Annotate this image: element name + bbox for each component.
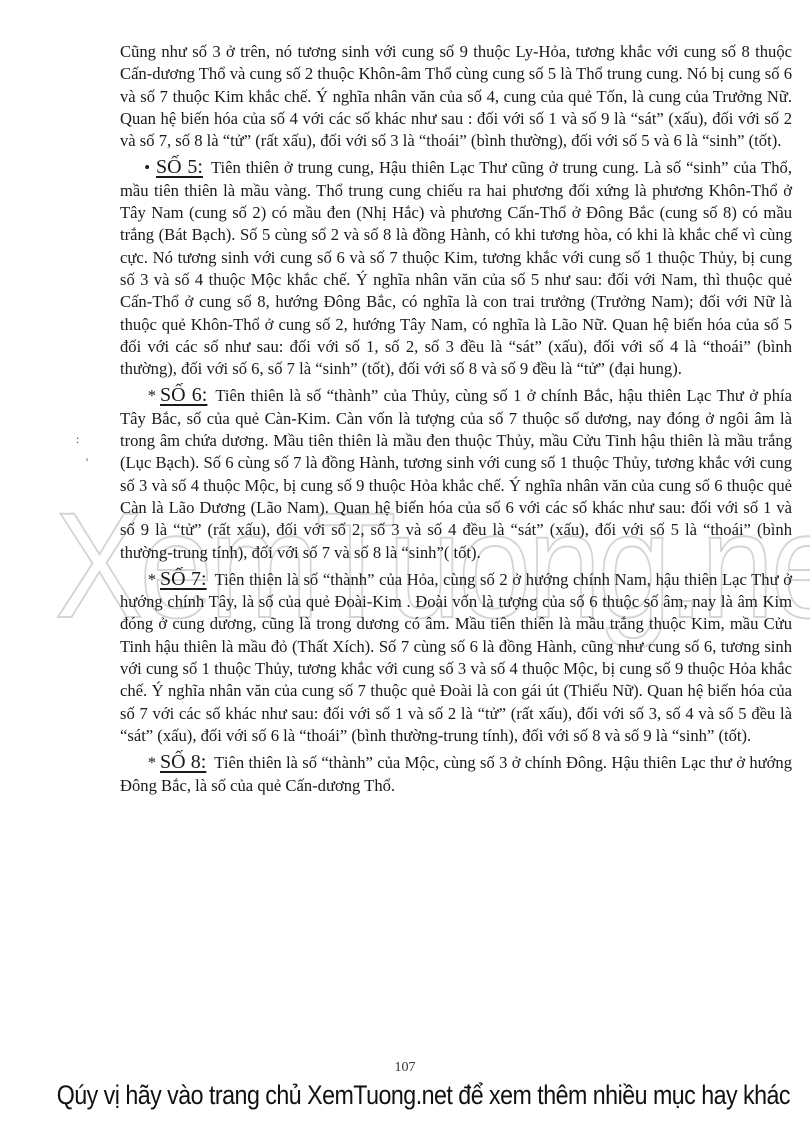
section-text: Tiên thiên ở trung cung, Hậu thiên Lạc T… [120, 158, 792, 378]
bullet-marker: • [120, 157, 150, 179]
section-text: Tiên thiên là số “thành” của Thủy, cùng … [120, 386, 792, 561]
body-text: Cũng như số 3 ở trên, nó tương sinh với … [120, 41, 792, 797]
margin-mark: : [76, 432, 79, 447]
asterisk-marker: * [120, 752, 156, 774]
section-text: Tiên thiên là số “thành” của Hỏa, cùng s… [120, 570, 792, 745]
footer-promo-banner: Qúy vị hãy vào trang chủ XemTuong.net để… [57, 1080, 754, 1111]
page-number: 107 [0, 1060, 810, 1076]
section-so-5: •SỐ 5:Tiên thiên ở trung cung, Hậu thiên… [120, 156, 792, 380]
section-heading: SỐ 7: [160, 568, 207, 590]
section-so-6: *SỐ 6:Tiên thiên là số “thành” của Thủy,… [120, 384, 792, 563]
scanned-book-page: XemTuong.net : ' Cũng như số 3 ở trên, n… [0, 0, 810, 1124]
margin-mark: ' [86, 455, 88, 470]
asterisk-marker: * [120, 385, 156, 407]
section-so-8: *SỐ 8:Tiên thiên là số “thành” của Mộc, … [120, 751, 792, 797]
asterisk-marker: * [120, 569, 156, 591]
intro-paragraph: Cũng như số 3 ở trên, nó tương sinh với … [120, 41, 792, 152]
section-so-7: *SỐ 7:Tiên thiên là số “thành” của Hỏa, … [120, 568, 792, 747]
section-heading: SỐ 5: [156, 156, 203, 178]
section-text: Tiên thiên là số “thành” của Mộc, cùng s… [120, 753, 792, 794]
section-heading: SỐ 8: [160, 751, 206, 773]
section-heading: SỐ 6: [160, 384, 207, 406]
